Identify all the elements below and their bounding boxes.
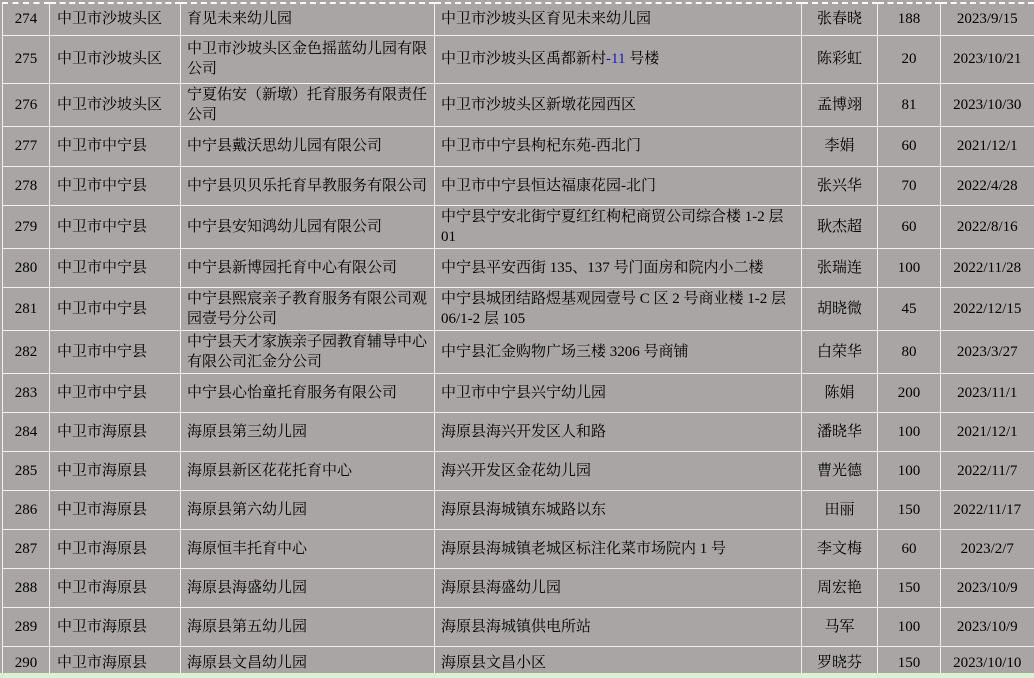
cell-contact-name[interactable]: 陈娟 bbox=[802, 373, 878, 412]
cell-row-number[interactable]: 283 bbox=[3, 373, 50, 412]
cell-facility-name[interactable]: 中宁县新博园托育中心有限公司 bbox=[181, 248, 435, 287]
table-row: 287 中卫市海原县 海原恒丰托育中心 海原县海城镇老城区标注化菜市场院内 1 … bbox=[3, 529, 1034, 568]
cell-region[interactable]: 中卫市海原县 bbox=[50, 607, 181, 646]
cell-row-number[interactable]: 286 bbox=[3, 490, 50, 529]
cell-contact-name[interactable]: 李文梅 bbox=[802, 529, 878, 568]
cell-facility-name[interactable]: 宁夏佑安（新墩）托育服务有限责任公司 bbox=[181, 83, 435, 126]
cell-capacity[interactable]: 150 bbox=[878, 490, 941, 529]
cell-address[interactable]: 海原县海兴开发区人和路 bbox=[435, 412, 802, 451]
cell-region[interactable]: 中卫市沙坡头区 bbox=[50, 35, 181, 83]
cell-capacity[interactable]: 150 bbox=[878, 568, 941, 607]
cell-address[interactable]: 中卫市沙坡头区育见未来幼儿园 bbox=[435, 3, 802, 35]
address-accent-number: -11 bbox=[606, 51, 625, 67]
cell-facility-name[interactable]: 海原县第五幼儿园 bbox=[181, 607, 435, 646]
cell-date[interactable]: 2022/8/16 bbox=[941, 205, 1034, 248]
cell-contact-name[interactable]: 张兴华 bbox=[802, 166, 878, 205]
cell-capacity[interactable]: 100 bbox=[878, 607, 941, 646]
cell-region[interactable]: 中卫市沙坡头区 bbox=[50, 3, 181, 35]
table-row: 281 中卫市中宁县 中宁县熙宸亲子教育服务有限公司观园壹号分公司 中宁县城团结… bbox=[3, 287, 1034, 330]
cell-region[interactable]: 中卫市海原县 bbox=[50, 490, 181, 529]
cell-capacity[interactable]: 188 bbox=[878, 3, 941, 35]
cell-capacity[interactable]: 81 bbox=[878, 83, 941, 126]
cell-facility-name[interactable]: 中宁县戴沃思幼儿园有限公司 bbox=[181, 126, 435, 166]
cell-region[interactable]: 中卫市中宁县 bbox=[50, 287, 181, 330]
cell-contact-name[interactable]: 胡晓微 bbox=[802, 287, 878, 330]
cell-capacity[interactable]: 60 bbox=[878, 205, 941, 248]
table-row: 274 中卫市沙坡头区 育见未来幼儿园 中卫市沙坡头区育见未来幼儿园 张春晓 1… bbox=[3, 3, 1034, 35]
table-row: 284 中卫市海原县 海原县第三幼儿园 海原县海兴开发区人和路 潘晓华 100 … bbox=[3, 412, 1034, 451]
cell-row-number[interactable]: 280 bbox=[3, 248, 50, 287]
cell-region[interactable]: 中卫市中宁县 bbox=[50, 205, 181, 248]
cell-row-number[interactable]: 289 bbox=[3, 607, 50, 646]
cell-facility-name[interactable]: 中宁县天才家族亲子园教育辅导中心有限公司汇金分公司 bbox=[181, 330, 435, 373]
cell-date[interactable]: 2022/12/15 bbox=[941, 287, 1034, 330]
cell-region[interactable]: 中卫市海原县 bbox=[50, 412, 181, 451]
cell-row-number[interactable]: 285 bbox=[3, 451, 50, 490]
cell-capacity[interactable]: 20 bbox=[878, 35, 941, 83]
cell-region[interactable]: 中卫市中宁县 bbox=[50, 166, 181, 205]
cell-row-number[interactable]: 274 bbox=[3, 3, 50, 35]
cell-row-number[interactable]: 277 bbox=[3, 126, 50, 166]
cell-capacity[interactable]: 100 bbox=[878, 248, 941, 287]
cell-date[interactable]: 2022/11/17 bbox=[941, 490, 1034, 529]
cell-address[interactable]: 中卫市中宁县恒达福康花园-北门 bbox=[435, 166, 802, 205]
cell-date[interactable]: 2023/2/7 bbox=[941, 529, 1034, 568]
cell-date[interactable]: 2023/10/30 bbox=[941, 83, 1034, 126]
cell-capacity[interactable]: 45 bbox=[878, 287, 941, 330]
cell-region[interactable]: 中卫市海原县 bbox=[50, 568, 181, 607]
cell-contact-name[interactable]: 张春晓 bbox=[802, 3, 878, 35]
cell-row-number[interactable]: 288 bbox=[3, 568, 50, 607]
table-row: 283 中卫市中宁县 中宁县心怡童托育服务有限公司 中卫市中宁县兴宁幼儿园 陈娟… bbox=[3, 373, 1034, 412]
spreadsheet-region: 274 中卫市沙坡头区 育见未来幼儿园 中卫市沙坡头区育见未来幼儿园 张春晓 1… bbox=[2, 2, 1034, 678]
table-row: 277 中卫市中宁县 中宁县戴沃思幼儿园有限公司 中卫市中宁县枸杞东苑-西北门 … bbox=[3, 126, 1034, 166]
cell-date[interactable]: 2021/12/1 bbox=[941, 126, 1034, 166]
cell-address[interactable]: 中宁县宁安北街宁夏红红枸杞商贸公司综合楼 1-2 层 01 bbox=[435, 205, 802, 248]
cell-date[interactable]: 2023/11/1 bbox=[941, 373, 1034, 412]
cell-capacity[interactable]: 60 bbox=[878, 529, 941, 568]
cell-row-number[interactable]: 276 bbox=[3, 83, 50, 126]
cell-row-number[interactable]: 275 bbox=[3, 35, 50, 83]
cell-capacity[interactable]: 200 bbox=[878, 373, 941, 412]
cell-row-number[interactable]: 282 bbox=[3, 330, 50, 373]
facilities-table: 274 中卫市沙坡头区 育见未来幼儿园 中卫市沙坡头区育见未来幼儿园 张春晓 1… bbox=[2, 2, 1034, 678]
cell-region[interactable]: 中卫市中宁县 bbox=[50, 126, 181, 166]
cell-date[interactable]: 2022/4/28 bbox=[941, 166, 1034, 205]
cell-facility-name[interactable]: 海原恒丰托育中心 bbox=[181, 529, 435, 568]
cell-facility-name[interactable]: 中宁县安知鸿幼儿园有限公司 bbox=[181, 205, 435, 248]
cell-region[interactable]: 中卫市中宁县 bbox=[50, 248, 181, 287]
cell-date[interactable]: 2022/11/28 bbox=[941, 248, 1034, 287]
cell-date[interactable]: 2023/10/21 bbox=[941, 35, 1034, 83]
cell-facility-name[interactable]: 海原县海盛幼儿园 bbox=[181, 568, 435, 607]
cell-facility-name[interactable]: 海原县新区花花托育中心 bbox=[181, 451, 435, 490]
cell-row-number[interactable]: 281 bbox=[3, 287, 50, 330]
table-row: 288 中卫市海原县 海原县海盛幼儿园 海原县海盛幼儿园 周宏艳 150 202… bbox=[3, 568, 1034, 607]
cell-date[interactable]: 2023/3/27 bbox=[941, 330, 1034, 373]
cell-contact-name[interactable]: 周宏艳 bbox=[802, 568, 878, 607]
next-section-strip bbox=[0, 673, 1034, 678]
cell-date[interactable]: 2023/10/9 bbox=[941, 607, 1034, 646]
cell-contact-name[interactable]: 白荣华 bbox=[802, 330, 878, 373]
cell-contact-name[interactable]: 孟博翊 bbox=[802, 83, 878, 126]
cell-address[interactable]: 中宁县平安西街 135、137 号门面房和院内小二楼 bbox=[435, 248, 802, 287]
cell-contact-name[interactable]: 耿杰超 bbox=[802, 205, 878, 248]
cell-row-number[interactable]: 284 bbox=[3, 412, 50, 451]
cell-address[interactable]: 海兴开发区金花幼儿园 bbox=[435, 451, 802, 490]
table-row: 289 中卫市海原县 海原县第五幼儿园 海原县海城镇供电所站 马军 100 20… bbox=[3, 607, 1034, 646]
cell-contact-name[interactable]: 潘晓华 bbox=[802, 412, 878, 451]
cell-contact-name[interactable]: 张瑞连 bbox=[802, 248, 878, 287]
cell-date[interactable]: 2021/12/1 bbox=[941, 412, 1034, 451]
cell-capacity[interactable]: 60 bbox=[878, 126, 941, 166]
table-row: 285 中卫市海原县 海原县新区花花托育中心 海兴开发区金花幼儿园 曹光德 10… bbox=[3, 451, 1034, 490]
cell-facility-name[interactable]: 中宁县贝贝乐托育早教服务有限公司 bbox=[181, 166, 435, 205]
cell-row-number[interactable]: 279 bbox=[3, 205, 50, 248]
cell-contact-name[interactable]: 李娟 bbox=[802, 126, 878, 166]
table-row: 280 中卫市中宁县 中宁县新博园托育中心有限公司 中宁县平安西街 135、13… bbox=[3, 248, 1034, 287]
facilities-table-body: 274 中卫市沙坡头区 育见未来幼儿园 中卫市沙坡头区育见未来幼儿园 张春晓 1… bbox=[3, 3, 1034, 678]
cell-row-number[interactable]: 287 bbox=[3, 529, 50, 568]
table-row: 286 中卫市海原县 海原县第六幼儿园 海原县海城镇东城路以东 田丽 150 2… bbox=[3, 490, 1034, 529]
cell-address[interactable]: 海原县海城镇供电所站 bbox=[435, 607, 802, 646]
table-row: 278 中卫市中宁县 中宁县贝贝乐托育早教服务有限公司 中卫市中宁县恒达福康花园… bbox=[3, 166, 1034, 205]
cell-facility-name[interactable]: 海原县第六幼儿园 bbox=[181, 490, 435, 529]
cell-capacity[interactable]: 100 bbox=[878, 412, 941, 451]
cell-address[interactable]: 中卫市中宁县兴宁幼儿园 bbox=[435, 373, 802, 412]
cell-contact-name[interactable]: 陈彩虹 bbox=[802, 35, 878, 83]
table-row: 275 中卫市沙坡头区 中卫市沙坡头区金色摇蓝幼儿园有限公司 中卫市沙坡头区禹都… bbox=[3, 35, 1034, 83]
table-row: 279 中卫市中宁县 中宁县安知鸿幼儿园有限公司 中宁县宁安北街宁夏红红枸杞商贸… bbox=[3, 205, 1034, 248]
cell-address[interactable]: 海原县海城镇东城路以东 bbox=[435, 490, 802, 529]
cell-facility-name[interactable]: 中宁县熙宸亲子教育服务有限公司观园壹号分公司 bbox=[181, 287, 435, 330]
cell-contact-name[interactable]: 田丽 bbox=[802, 490, 878, 529]
cell-address[interactable]: 海原县海盛幼儿园 bbox=[435, 568, 802, 607]
cell-address[interactable]: 中宁县汇金购物广场三楼 3206 号商铺 bbox=[435, 330, 802, 373]
cell-address[interactable]: 中卫市沙坡头区禹都新村-11 号楼 bbox=[435, 35, 802, 83]
cell-date[interactable]: 2023/10/9 bbox=[941, 568, 1034, 607]
cell-facility-name[interactable]: 育见未来幼儿园 bbox=[181, 3, 435, 35]
cell-date[interactable]: 2023/9/15 bbox=[941, 3, 1034, 35]
cell-capacity[interactable]: 100 bbox=[878, 451, 941, 490]
cell-date[interactable]: 2022/11/7 bbox=[941, 451, 1034, 490]
cell-address[interactable]: 中卫市中宁县枸杞东苑-西北门 bbox=[435, 126, 802, 166]
table-row: 276 中卫市沙坡头区 宁夏佑安（新墩）托育服务有限责任公司 中卫市沙坡头区新墩… bbox=[3, 83, 1034, 126]
cell-facility-name[interactable]: 中宁县心怡童托育服务有限公司 bbox=[181, 373, 435, 412]
cell-region[interactable]: 中卫市中宁县 bbox=[50, 373, 181, 412]
cell-facility-name[interactable]: 海原县第三幼儿园 bbox=[181, 412, 435, 451]
cell-capacity[interactable]: 70 bbox=[878, 166, 941, 205]
cell-contact-name[interactable]: 马军 bbox=[802, 607, 878, 646]
cell-address[interactable]: 海原县海城镇老城区标注化菜市场院内 1 号 bbox=[435, 529, 802, 568]
cell-region[interactable]: 中卫市海原县 bbox=[50, 529, 181, 568]
cell-capacity[interactable]: 80 bbox=[878, 330, 941, 373]
cell-row-number[interactable]: 278 bbox=[3, 166, 50, 205]
cell-region[interactable]: 中卫市沙坡头区 bbox=[50, 83, 181, 126]
cell-region[interactable]: 中卫市中宁县 bbox=[50, 330, 181, 373]
cell-contact-name[interactable]: 曹光德 bbox=[802, 451, 878, 490]
table-row: 282 中卫市中宁县 中宁县天才家族亲子园教育辅导中心有限公司汇金分公司 中宁县… bbox=[3, 330, 1034, 373]
cell-address[interactable]: 中卫市沙坡头区新墩花园西区 bbox=[435, 83, 802, 126]
cell-facility-name[interactable]: 中卫市沙坡头区金色摇蓝幼儿园有限公司 bbox=[181, 35, 435, 83]
cell-address[interactable]: 中宁县城团结路煜基观园壹号 C 区 2 号商业楼 1-2 层 06/1-2 层 … bbox=[435, 287, 802, 330]
cell-region[interactable]: 中卫市海原县 bbox=[50, 451, 181, 490]
